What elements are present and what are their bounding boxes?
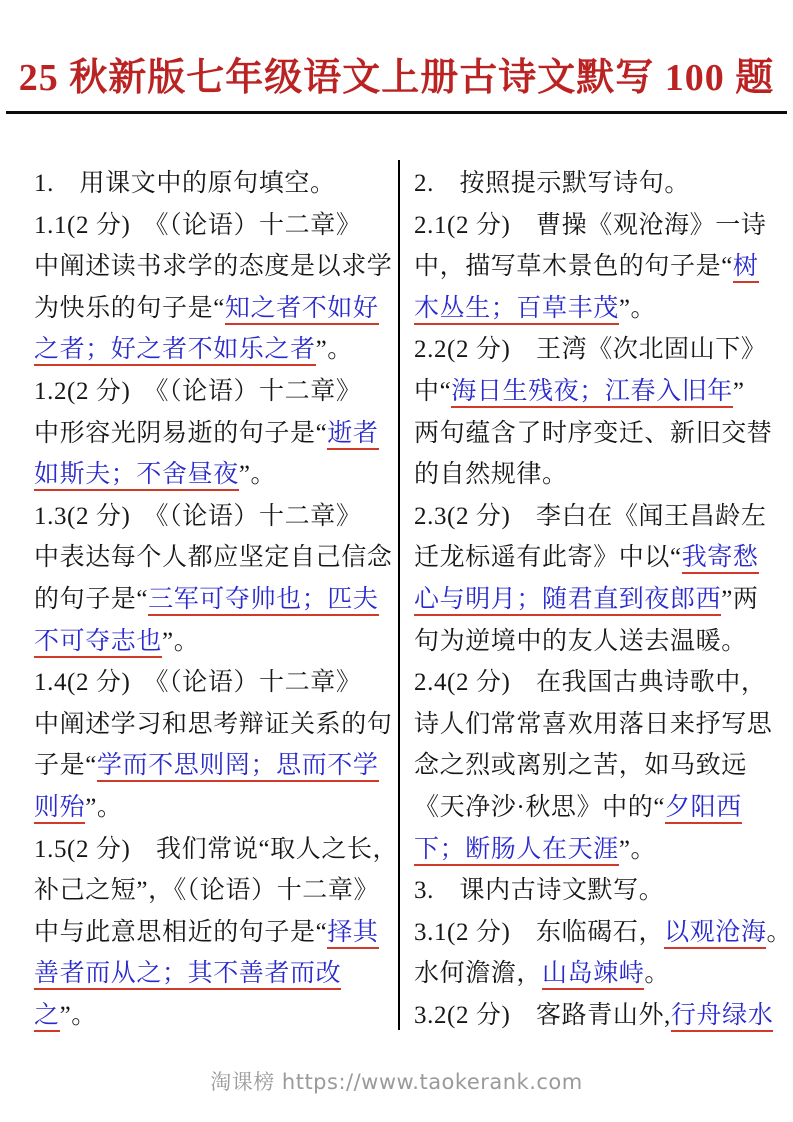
text-line: 2.4(2 分) 在我国古典诗歌中， [414,662,788,704]
answer-blank-text: 择其 [327,919,378,949]
question-text: ”。 [162,628,199,655]
text-line: 子是“学而不思则罔；思而不学 [34,745,396,787]
answer-blank-text: 心与明月；随君直到夜郎西 [414,586,721,616]
text-line: 之者；好之者不如乐之者”。 [34,329,396,371]
text-line: 1. 用课文中的原句填空。 [34,163,396,205]
question-text: 迁龙标遥有此寄》中以“ [414,544,682,571]
question-text: 水何澹澹， [414,960,542,987]
answer-blank-text: 逝者 [327,420,378,450]
text-line: 2.3(2 分) 李白在《闻王昌龄左 [414,496,788,538]
worksheet-page: 25 秋新版七年级语文上册古诗文默写 100 题 1. 用课文中的原句填空。1.… [0,0,793,1122]
text-line: 中与此意思相近的句子是“择其 [34,912,396,954]
text-line: 中阐述读书求学的态度是以求学 [34,246,396,288]
answer-blank-text: 下；断肠人在天涯 [414,836,619,866]
right-column: 2. 按照提示默写诗句。2.1(2 分) 曹操《观沧海》一诗中，描写草木景色的句… [414,163,788,1036]
answer-blank-text: 以观沧海 [664,919,766,949]
question-text: 1. 用课文中的原句填空。 [34,170,336,197]
question-text: ”。 [619,295,656,322]
text-line: 如斯夫；不舍昼夜”。 [34,454,396,496]
question-text: 念之烈或离别之苦，如马致远 [414,752,747,779]
question-text: 中“ [414,378,451,405]
question-text: 中表达每个人都应坚定自己信念 [34,544,392,571]
text-line: 则殆”。 [34,787,396,829]
text-line: 之”。 [34,995,396,1037]
text-line: 3. 课内古诗文默写。 [414,870,788,912]
question-text: 句为逆境中的友人送去温暖。 [414,628,747,655]
text-line: 1.1(2 分) 《（论语）十二章》 [34,205,396,247]
answer-blank-text: 则殆 [34,794,85,824]
question-text: 1.5(2 分) 我们常说“取人之长， [34,836,396,863]
text-line: 2.1(2 分) 曹操《观沧海》一诗 [414,205,788,247]
question-text: 的句子是“ [34,586,148,613]
question-text: 中阐述学习和思考辩证关系的句 [34,711,392,738]
question-text: 中与此意思相近的句子是“ [34,919,327,946]
text-line: 句为逆境中的友人送去温暖。 [414,621,788,663]
answer-blank-text: 海日生残夜；江春入旧年 [451,378,733,408]
text-line: 3.2(2 分) 客路青山外,行舟绿水 [414,995,788,1037]
text-line: 水何澹澹，山岛竦峙。 [414,953,788,995]
text-line: 《天净沙·秋思》中的“夕阳西 [414,787,788,829]
question-text: 2.1(2 分) 曹操《观沧海》一诗 [414,212,766,239]
text-line: 诗人们常常喜欢用落日来抒写思 [414,704,788,746]
answer-blank-text: 三军可夺帅也；匹夫 [148,586,378,616]
left-column: 1. 用课文中的原句填空。1.1(2 分) 《（论语）十二章》中阐述读书求学的态… [34,163,396,1036]
question-text: ”。 [85,794,122,821]
page-title: 25 秋新版七年级语文上册古诗文默写 100 题 [0,52,793,104]
question-text: ”。 [60,1002,97,1029]
question-text: 为快乐的句子是“ [34,295,225,322]
answer-blank-text: 如斯夫；不舍昼夜 [34,461,239,491]
question-text: 补己之短”，《（论语）十二章》 [34,877,379,904]
question-text: 2.2(2 分) 王湾《次北固山下》 [414,336,766,363]
question-text: ” [733,378,745,405]
answer-blank-text: 善者而从之；其不善者而改 [34,960,341,990]
column-divider [398,160,400,1030]
answer-blank-text: 我寄愁 [682,544,759,574]
question-text: 。 [766,919,788,946]
text-line: 念之烈或离别之苦，如马致远 [414,745,788,787]
answer-blank-text: 之 [34,1002,60,1032]
text-line: 中表达每个人都应坚定自己信念 [34,537,396,579]
answer-blank-text: 行舟绿水 [671,1002,773,1032]
text-line: 1.2(2 分) 《（论语）十二章》 [34,371,396,413]
question-text: ”两 [721,586,758,613]
text-line: 中形容光阴易逝的句子是“逝者 [34,413,396,455]
text-line: 的句子是“三军可夺帅也；匹夫 [34,579,396,621]
question-text: 1.3(2 分) 《（论语）十二章》 [34,503,361,530]
question-text: 诗人们常常喜欢用落日来抒写思 [414,711,772,738]
text-line: 中“海日生残夜；江春入旧年” [414,371,788,413]
answer-blank-text: 之者；好之者不如乐之者 [34,336,316,366]
question-text: 2.4(2 分) 在我国古典诗歌中， [414,669,766,696]
question-text: 1.2(2 分) 《（论语）十二章》 [34,378,361,405]
question-text: 3. 课内古诗文默写。 [414,877,664,904]
text-line: 2.2(2 分) 王湾《次北固山下》 [414,329,788,371]
text-line: 的自然规律。 [414,454,788,496]
text-line: 木丛生；百草丰茂”。 [414,288,788,330]
text-line: 中阐述学习和思考辩证关系的句 [34,704,396,746]
text-line: 善者而从之；其不善者而改 [34,953,396,995]
question-text: 《天净沙·秋思》中的“ [414,794,665,821]
question-text: 。 [644,960,670,987]
question-text: ”。 [316,336,353,363]
text-line: 2. 按照提示默写诗句。 [414,163,788,205]
question-text: 中阐述读书求学的态度是以求学 [34,253,392,280]
text-line: 1.4(2 分) 《（论语）十二章》 [34,662,396,704]
question-text: 两句蕴含了时序变迁、新旧交替 [414,420,772,447]
text-line: 补己之短”，《（论语）十二章》 [34,870,396,912]
watermark: 淘课榜 https://www.taokerank.com [0,1066,793,1096]
answer-blank-text: 学而不思则罔；思而不学 [97,752,379,782]
text-line: 3.1(2 分) 东临碣石，以观沧海。 [414,912,788,954]
question-text: ”。 [619,836,656,863]
text-line: 两句蕴含了时序变迁、新旧交替 [414,413,788,455]
title-underline-rule [6,111,787,114]
answer-blank-text: 树 [733,253,759,283]
question-text: 3.1(2 分) 东临碣石， [414,919,664,946]
answer-blank-text: 不可夺志也 [34,628,162,658]
question-text: 1.1(2 分) 《（论语）十二章》 [34,212,361,239]
question-text: 3.2(2 分) 客路青山外, [414,1002,671,1029]
text-line: 1.3(2 分) 《（论语）十二章》 [34,496,396,538]
answer-blank-text: 夕阳西 [665,794,742,824]
text-line: 迁龙标遥有此寄》中以“我寄愁 [414,537,788,579]
text-line: 下；断肠人在天涯”。 [414,829,788,871]
answer-blank-text: 木丛生；百草丰茂 [414,295,619,325]
question-text: 2.3(2 分) 李白在《闻王昌龄左 [414,503,766,530]
answer-blank-text: 知之者不如好 [225,295,379,325]
question-text: ”。 [239,461,276,488]
answer-blank-text: 山岛竦峙 [542,960,644,990]
question-text: 1.4(2 分) 《（论语）十二章》 [34,669,361,696]
text-line: 中，描写草木景色的句子是“树 [414,246,788,288]
question-text: 中形容光阴易逝的句子是“ [34,420,327,447]
question-text: 中，描写草木景色的句子是“ [414,253,733,280]
question-text: 的自然规律。 [414,461,568,488]
text-line: 不可夺志也”。 [34,621,396,663]
question-text: 子是“ [34,752,97,779]
question-text: 2. 按照提示默写诗句。 [414,170,690,197]
text-line: 心与明月；随君直到夜郎西”两 [414,579,788,621]
text-line: 1.5(2 分) 我们常说“取人之长， [34,829,396,871]
text-line: 为快乐的句子是“知之者不如好 [34,288,396,330]
